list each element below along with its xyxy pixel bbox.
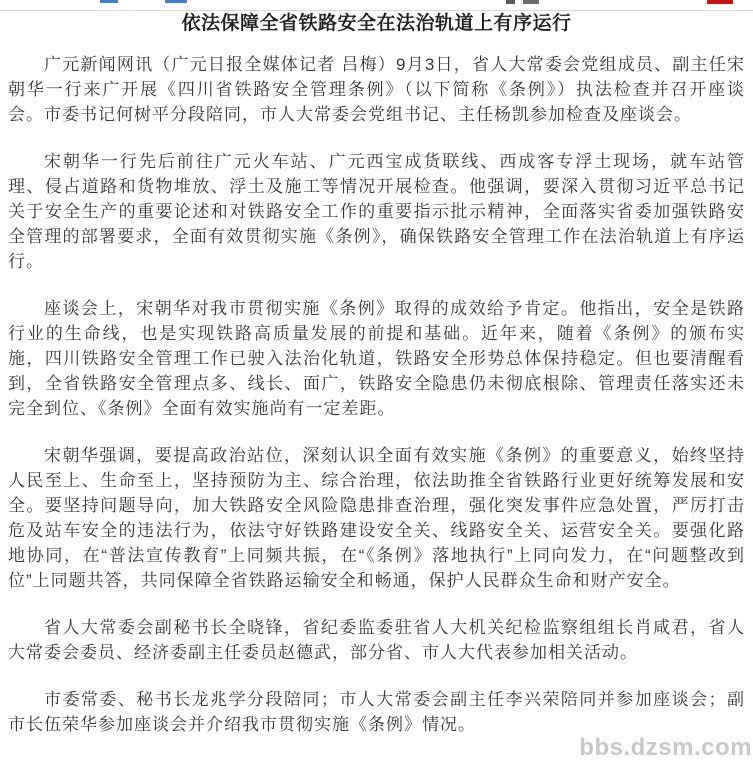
article-paragraph: 宋朝华强调，要提高政治站位，深刻认识全面有效实施《条例》的重要意义，始终坚持人民…: [8, 443, 745, 593]
article-paragraph: 省人大常委会副秘书长全晓锋，省纪委监委驻省人大机关纪检监察组组长肖咸君，省人大常…: [8, 615, 745, 665]
cropped-link-fragment[interactable]: [100, 0, 118, 3]
article-paragraph: 市委常委、秘书长龙兆学分段陪同；市人大常委会副主任李兴荣陪同并参加座谈会；副市长…: [8, 687, 745, 737]
article-paragraph: 宋朝华一行先后前往广元火车站、广元西宝成货联线、西成客专浮土现场，就车站管理、侵…: [8, 149, 745, 274]
cropped-page-top: [0, 0, 753, 10]
article-title: 依法保障全省铁路安全在法治轨道上有序运行: [8, 12, 745, 36]
article-paragraph: 座谈会上，宋朝华对我市贯彻实施《条例》取得的成效给予肯定。他指出，安全是铁路行业…: [8, 296, 745, 421]
cropped-link-fragment[interactable]: [165, 0, 187, 3]
site-watermark: bbs.dzsm.com: [579, 734, 752, 762]
article-paragraph: 广元新闻网讯（广元日报全媒体记者 吕梅）9月3日，省人大常委会党组成员、副主任宋…: [8, 52, 745, 127]
cropped-red-button-fragment[interactable]: [707, 0, 733, 4]
article-body: 依法保障全省铁路安全在法治轨道上有序运行 广元新闻网讯（广元日报全媒体记者 吕梅…: [0, 11, 753, 759]
cropped-text-fragment: [523, 0, 539, 4]
cropped-text-fragment: [506, 0, 515, 4]
